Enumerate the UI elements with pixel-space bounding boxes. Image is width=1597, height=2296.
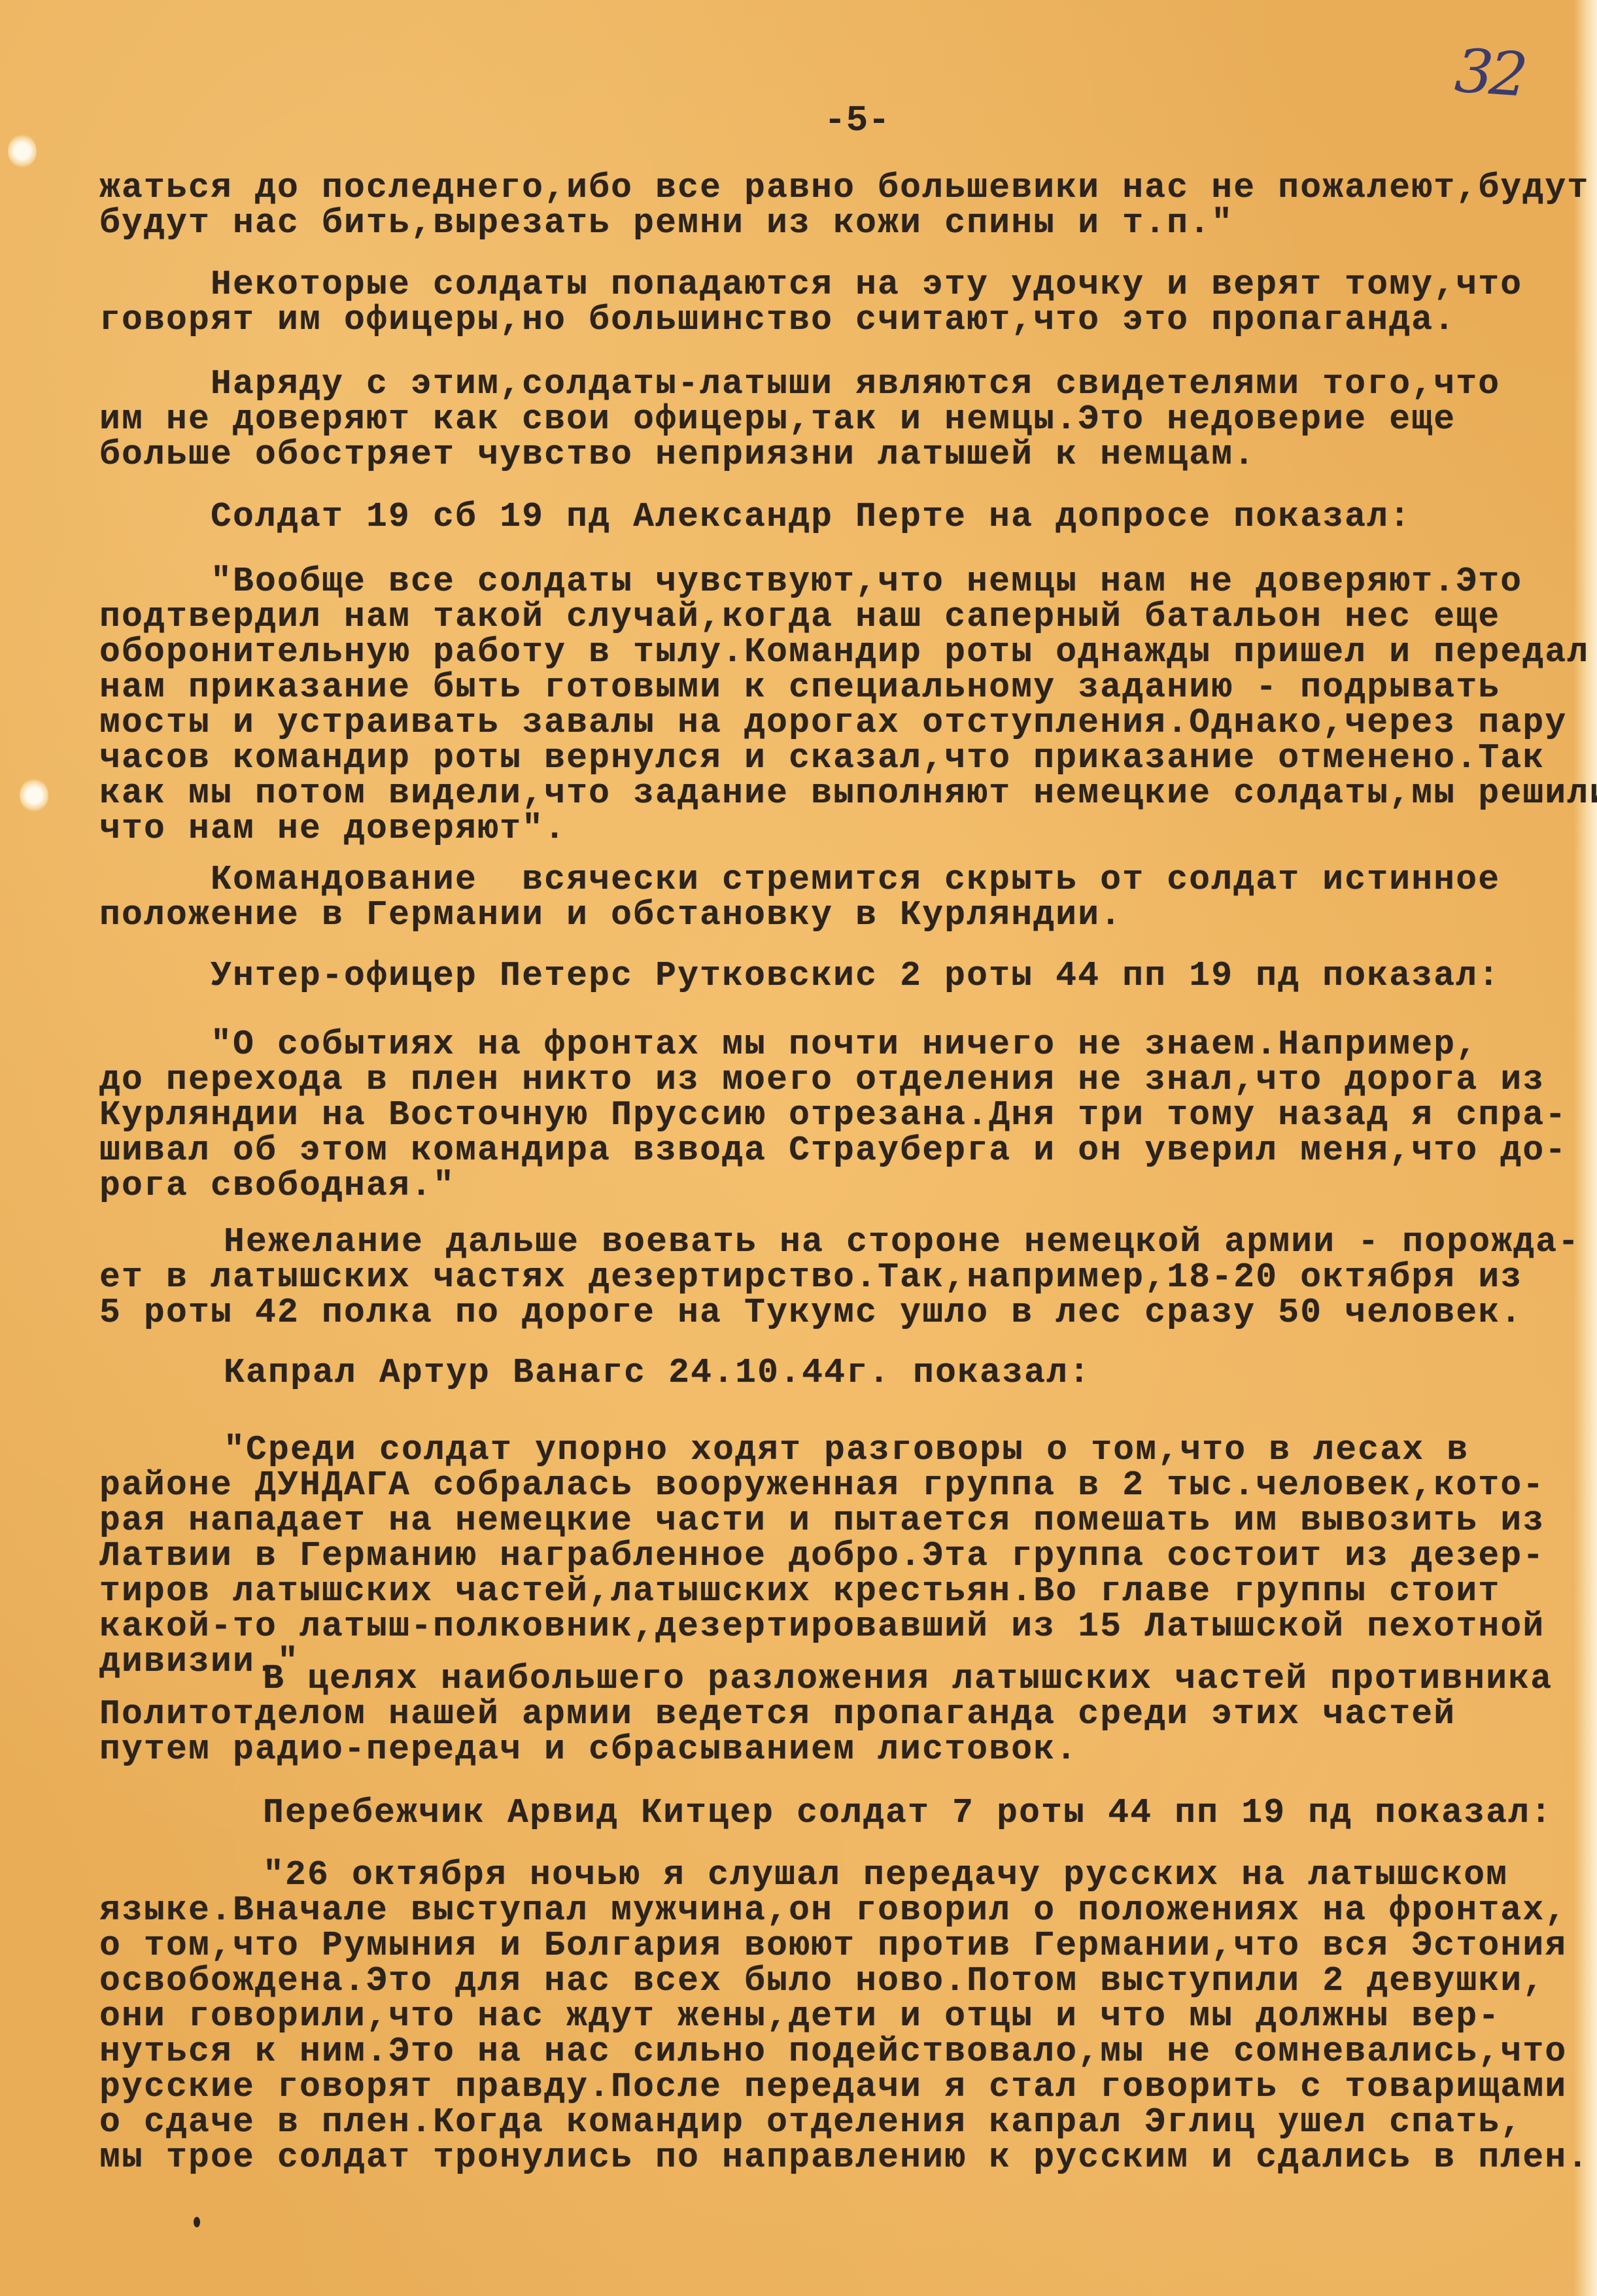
paragraph-officers-propaganda: Некоторые солдаты попадаются на эту удоч… [99, 267, 1571, 337]
text-line: мосты и устраивать завалы на дорогах отс… [99, 705, 1571, 740]
text-line: Курляндии на Восточную Пруссию отрезана.… [99, 1097, 1571, 1133]
text-line: Латвии в Германию награбленное добро.Эта… [99, 1538, 1571, 1573]
text-line: нам приказание быть готовыми к специальн… [99, 670, 1571, 705]
paragraph-command-hides: Командование всячески стремится скрыть о… [99, 862, 1571, 933]
text-line: Капрал Артур Ванагс 24.10.44г. показал: [99, 1355, 1571, 1390]
text-line: тиров латышских частей,латышских крестья… [99, 1573, 1571, 1609]
testimony-quote-rutkovskis: "О событиях на фронтах мы почти ничего н… [99, 1027, 1571, 1203]
text-line: Нежелание дальше воевать на стороне неме… [99, 1224, 1571, 1259]
testimony-header-vanags: Капрал Артур Ванагс 24.10.44г. показал: [99, 1355, 1571, 1390]
paragraph-politotdel-propaganda: В целях наибольшего разложения латышских… [99, 1661, 1571, 1767]
testimony-header-perte: Солдат 19 сб 19 пд Александр Перте на до… [99, 499, 1571, 534]
text-line: русские говорят правду.После передачи я … [99, 2069, 1571, 2104]
paragraph-distrust: Наряду с этим,солдаты-латыши являются св… [99, 366, 1571, 472]
folio-number: 32 [1452, 35, 1526, 110]
text-line: им не доверяют как свои офицеры,так и не… [99, 402, 1571, 437]
testimony-quote-vanags: "Среди солдат упорно ходят разговоры о т… [99, 1432, 1571, 1679]
text-line: языке.Вначале выступал мужчина,он говори… [99, 1893, 1571, 1928]
text-line: 5 роты 42 полка по дороге на Тукумс ушло… [99, 1295, 1571, 1330]
text-line: часов командир роты вернулся и сказал,чт… [99, 740, 1571, 776]
paper-edge [1573, 0, 1597, 2296]
text-line: рога свободная." [99, 1168, 1571, 1203]
text-line: путем радио-передач и сбрасыванием листо… [99, 1732, 1571, 1767]
text-line: о сдаче в плен.Когда командир отделения … [99, 2104, 1571, 2140]
testimony-quote-kitzer: "26 октября ночью я слушал передачу русс… [99, 1857, 1571, 2175]
punch-hole-top [8, 134, 37, 168]
text-line: говорят им офицеры,но большинство считаю… [99, 302, 1571, 337]
text-line: освобождена.Это для нас всех было ново.П… [99, 1963, 1571, 1998]
page-number: -5- [824, 99, 890, 141]
testimony-header-kitzer: Перебежчик Арвид Китцер солдат 7 роты 44… [99, 1795, 1571, 1830]
text-line: какой-то латыш-полковник,дезертировавший… [99, 1609, 1571, 1644]
text-line: Командование всячески стремится скрыть о… [99, 862, 1571, 897]
text-line: рая нападает на немецкие части и пытаетс… [99, 1503, 1571, 1538]
text-line: до перехода в плен никто из моего отделе… [99, 1062, 1571, 1097]
text-line: как мы потом видели,что задание выполняю… [99, 776, 1571, 811]
text-line: о том,что Румыния и Болгария воюют проти… [99, 1928, 1571, 1963]
text-line: что нам не доверяют". [99, 811, 1571, 846]
text-line: положение в Германии и обстановку в Курл… [99, 897, 1571, 933]
text-line: они говорили,что нас ждут жены,дети и от… [99, 1998, 1571, 2034]
text-line: "Вообще все солдаты чувствуют,что немцы … [99, 564, 1571, 599]
text-line: будут нас бить,вырезать ремни из кожи сп… [99, 205, 1571, 241]
testimony-quote-perte: "Вообще все солдаты чувствуют,что немцы … [99, 564, 1571, 846]
text-line: Солдат 19 сб 19 пд Александр Перте на до… [99, 499, 1571, 534]
paragraph-desertion: Нежелание дальше воевать на стороне неме… [99, 1224, 1571, 1330]
text-line: районе ДУНДАГА собралась вооруженная гру… [99, 1467, 1571, 1503]
text-line: шивал об этом командира взвода Страуберг… [99, 1133, 1571, 1168]
text-line: Некоторые солдаты попадаются на эту удоч… [99, 267, 1571, 302]
text-line: Унтер-офицер Петерс Рутковскис 2 роты 44… [99, 958, 1571, 993]
text-line: оборонительную работу в тылу.Командир ро… [99, 634, 1571, 670]
text-line: нуться к ним.Это на нас сильно подейство… [99, 2034, 1571, 2069]
text-line: "Среди солдат упорно ходят разговоры о т… [99, 1432, 1571, 1467]
text-line: "26 октября ночью я слушал передачу русс… [99, 1857, 1571, 1893]
text-line: Политотделом нашей армии ведется пропага… [99, 1696, 1571, 1732]
ink-dot [194, 2217, 200, 2227]
text-line: В целях наибольшего разложения латышских… [99, 1661, 1571, 1696]
text-line: жаться до последнего,ибо все равно больш… [99, 170, 1571, 205]
punch-hole-middle [20, 778, 48, 812]
text-line: подтвердил нам такой случай,когда наш са… [99, 599, 1571, 634]
text-line: Перебежчик Арвид Китцер солдат 7 роты 44… [99, 1795, 1571, 1830]
text-line: Наряду с этим,солдаты-латыши являются св… [99, 366, 1571, 402]
text-line: ет в латышских частях дезертирство.Так,н… [99, 1259, 1571, 1295]
paragraph-continuation: жаться до последнего,ибо все равно больш… [99, 170, 1571, 241]
testimony-header-rutkovskis: Унтер-офицер Петерс Рутковскис 2 роты 44… [99, 958, 1571, 993]
text-line: мы трое солдат тронулись по направлению … [99, 2140, 1571, 2175]
text-line: "О событиях на фронтах мы почти ничего н… [99, 1027, 1571, 1062]
text-line: больше обостряет чувство неприязни латыш… [99, 437, 1571, 472]
